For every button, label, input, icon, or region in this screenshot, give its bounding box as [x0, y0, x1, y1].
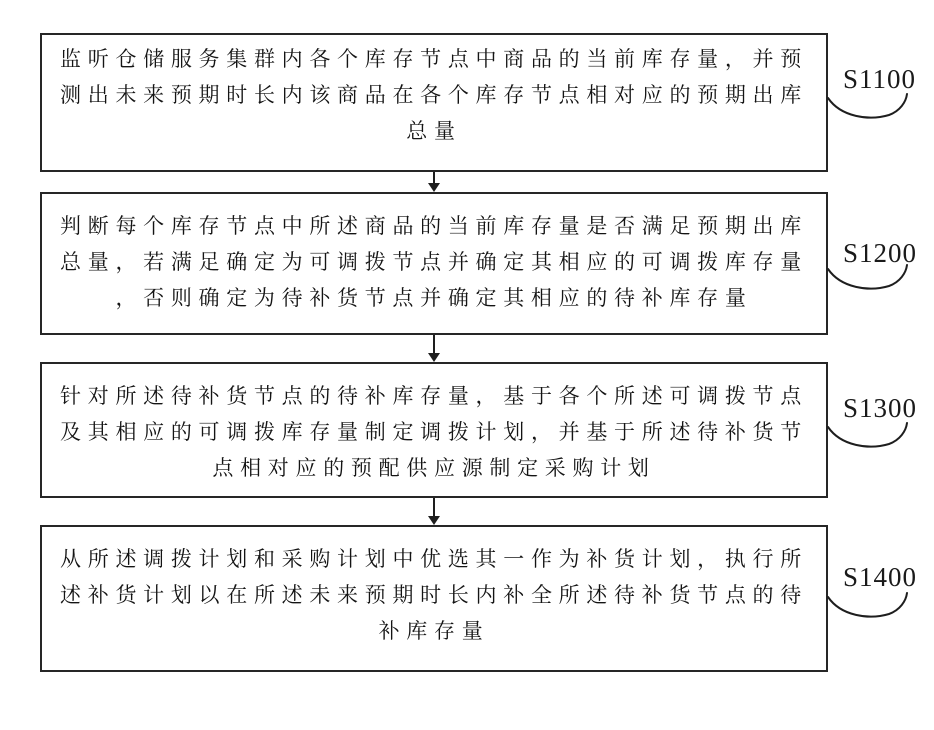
flow-box-text-line: 及其相应的可调拨库存量制定调拨计划，并基于所述待补货节 [60, 414, 808, 450]
flow-box-text-line: ，否则确定为待补货节点并确定其相应的待补库存量 [60, 280, 808, 316]
arrow-stem [433, 498, 435, 516]
flow-box-text-line: 针对所述待补货节点的待补库存量，基于各个所述可调拨节点 [60, 378, 808, 414]
down-arrow-icon [427, 172, 441, 192]
patent-flowchart: 监听仓储服务集群内各个库存节点中商品的当前库存量，并预 测出未来预期时长内该商品… [0, 0, 934, 730]
down-arrow-icon [427, 335, 441, 362]
flow-box-text-line: 述补货计划以在所述未来预期时长内补全所述待补货节点的待 [60, 577, 808, 613]
arrow-head [428, 183, 440, 192]
arrow-stem [433, 172, 435, 183]
flow-box-text-line: 总量 [60, 113, 808, 149]
flow-box-s1400: 从所述调拨计划和采购计划中优选其一作为补货计划，执行所 述补货计划以在所述未来预… [40, 525, 828, 672]
step-label-s1400: S1400 [843, 562, 917, 593]
leader-curve-icon [821, 91, 913, 121]
flow-box-text-line: 点相对应的预配供应源制定采购计划 [60, 450, 808, 486]
flow-box-text-line: 测出未来预期时长内该商品在各个库存节点相对应的预期出库 [60, 77, 808, 113]
flow-box-text-line: 监听仓储服务集群内各个库存节点中商品的当前库存量，并预 [60, 41, 808, 77]
leader-curve-icon [821, 590, 913, 620]
flow-box-text-line: 总量，若满足确定为可调拨节点并确定其相应的可调拨库存量 [60, 244, 808, 280]
leader-curve-icon [821, 420, 913, 450]
flow-box-s1100: 监听仓储服务集群内各个库存节点中商品的当前库存量，并预 测出未来预期时长内该商品… [40, 33, 828, 172]
flow-box-s1200: 判断每个库存节点中所述商品的当前库存量是否满足预期出库 总量，若满足确定为可调拨… [40, 192, 828, 335]
flow-box-text-line: 判断每个库存节点中所述商品的当前库存量是否满足预期出库 [60, 208, 808, 244]
leader-curve-icon [821, 262, 913, 292]
down-arrow-icon [427, 498, 441, 525]
flow-box-s1300: 针对所述待补货节点的待补库存量，基于各个所述可调拨节点 及其相应的可调拨库存量制… [40, 362, 828, 498]
flow-box-text-line: 补库存量 [60, 613, 808, 649]
arrow-head [428, 516, 440, 525]
arrow-head [428, 353, 440, 362]
flow-box-text-line: 从所述调拨计划和采购计划中优选其一作为补货计划，执行所 [60, 541, 808, 577]
arrow-stem [433, 335, 435, 353]
